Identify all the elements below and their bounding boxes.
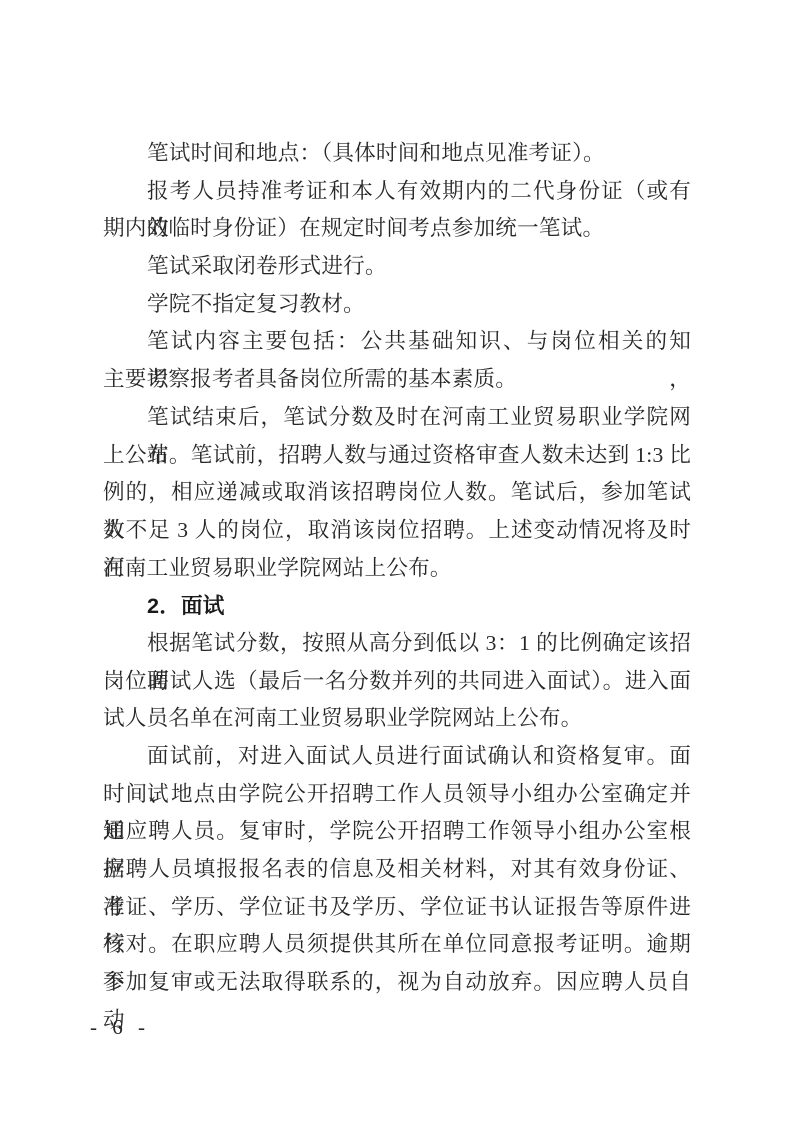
- document-line: 根据笔试分数，按照从高分到低以 3：1 的比例确定该招聘: [103, 625, 691, 663]
- document-line: 学院不指定复习教材。: [103, 286, 691, 324]
- document-line: 试人员名单在河南工业贸易职业学院网站上公布。: [103, 700, 691, 738]
- document-line: 应聘人员填报报名表的信息及相关材料，对其有效身份证、准: [103, 851, 691, 889]
- document-line: 数不足 3 人的岗位，取消该岗位招聘。上述变动情况将及时在: [103, 512, 691, 550]
- document-line: 报考人员持准考证和本人有效期内的二代身份证（或有效: [103, 173, 691, 211]
- document-line: 期内的临时身份证）在规定时间考点参加统一笔试。: [103, 210, 691, 248]
- section-heading: 2．面试: [103, 587, 691, 625]
- page-number: - 6 -: [90, 1015, 150, 1039]
- document-line: 河南工业贸易职业学院网站上公布。: [103, 550, 691, 588]
- page-footer: - 6 -: [90, 1012, 150, 1042]
- document-page: 笔试时间和地点：（具体时间和地点见准考证）。报考人员持准考证和本人有效期内的二代…: [0, 0, 793, 1122]
- document-line: 面试前，对进入面试人员进行面试确认和资格复审。面试: [103, 738, 691, 776]
- document-line: 参加复审或无法取得联系的，视为自动放弃。因应聘人员自动: [103, 964, 691, 1002]
- document-line: 知应聘人员。复审时，学院公开招聘工作领导小组办公室根据: [103, 813, 691, 851]
- document-line: 考证、学历、学位证书及学历、学位证书认证报告等原件进行: [103, 889, 691, 927]
- document-line: 岗位面试人选（最后一名分数并列的共同进入面试）。进入面: [103, 663, 691, 701]
- document-line: 笔试时间和地点：（具体时间和地点见准考证）。: [103, 135, 691, 173]
- document-line: 笔试采取闭卷形式进行。: [103, 248, 691, 286]
- document-line: 核对。在职应聘人员须提供其所在单位同意报考证明。逾期不: [103, 926, 691, 964]
- document-line: 例的，相应递减或取消该招聘岗位人数。笔试后，参加笔试人: [103, 474, 691, 512]
- document-line: 笔试结束后，笔试分数及时在河南工业贸易职业学院网站: [103, 399, 691, 437]
- document-body: 笔试时间和地点：（具体时间和地点见准考证）。报考人员持准考证和本人有效期内的二代…: [103, 135, 691, 1002]
- document-line: 时间、地点由学院公开招聘工作人员领导小组办公室确定并通: [103, 776, 691, 814]
- document-line: 笔试内容主要包括：公共基础知识、与岗位相关的知识，: [103, 323, 691, 361]
- document-line: 上公布。笔试前，招聘人数与通过资格审查人数未达到 1:3 比: [103, 437, 691, 475]
